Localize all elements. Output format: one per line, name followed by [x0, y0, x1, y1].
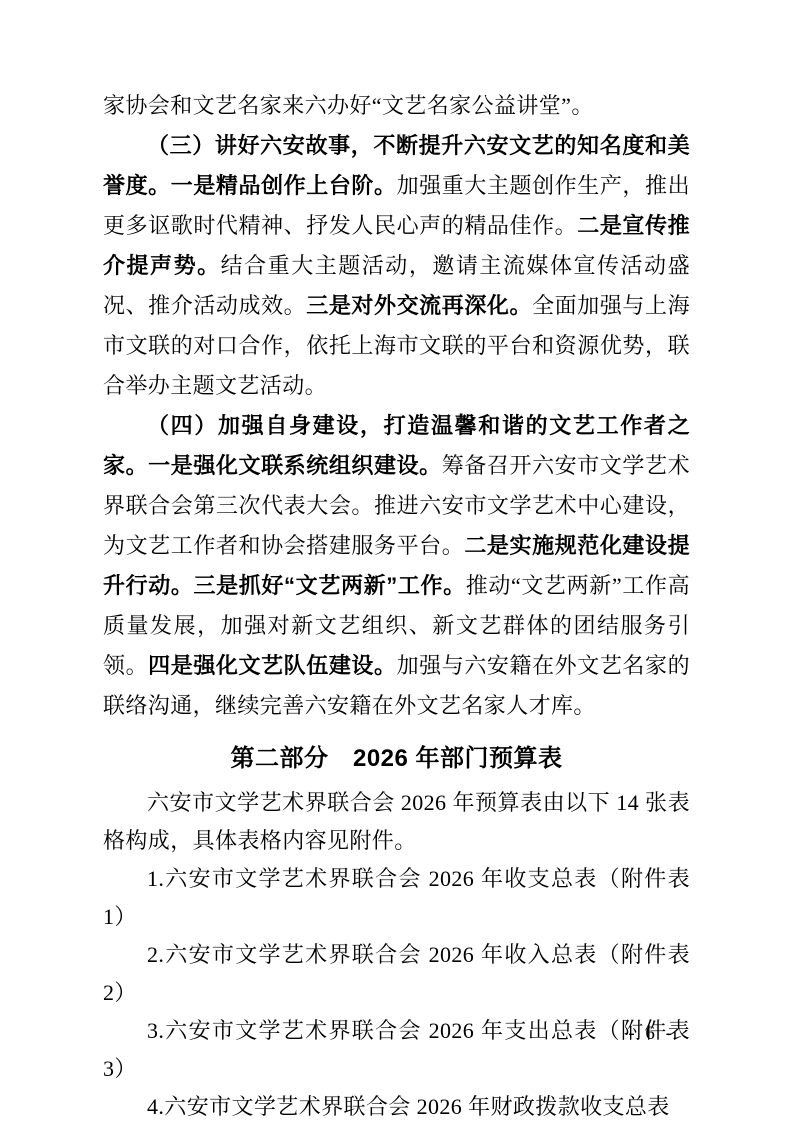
page-number: - 6 - [628, 1023, 675, 1045]
body-paragraph-continuation: 家协会和文艺名家来六办好“文艺名家公益讲堂”。 [103, 86, 690, 126]
budget-table-section: 六安市文学艺术界联合会 2026 年预算表由以下 14 张表格构成，具体表格内容… [103, 784, 690, 1122]
body-paragraph-section-4: （四）加强自身建设，打造温馨和谐的文艺工作者之家。一是强化文联系统组织建设。筹备… [103, 406, 690, 726]
emphasis-text: 四是强化文艺队伍建设。 [148, 653, 396, 678]
body-paragraph-section-3: （三）讲好六安故事，不断提升六安文艺的知名度和美誉度。一是精品创作上台阶。加强重… [103, 126, 690, 406]
emphasis-text: 三是对外交流再深化。 [306, 293, 532, 318]
section-heading: 第二部分 2026 年部门预算表 [103, 738, 690, 780]
table-list-item-1: 1.六安市文学艺术界联合会 2026 年收支总表（附件表 1） [103, 860, 690, 936]
intro-paragraph: 六安市文学艺术界联合会 2026 年预算表由以下 14 张表格构成，具体表格内容… [103, 784, 690, 860]
table-list-item-4: 4.六安市文学艺术界联合会 2026 年财政拨款收支总表 [103, 1088, 690, 1122]
table-list-item-3: 3.六安市文学艺术界联合会 2026 年支出总表（附件表 3） [103, 1012, 690, 1088]
document-page: 家协会和文艺名家来六办好“文艺名家公益讲堂”。 （三）讲好六安故事，不断提升六安… [0, 0, 793, 1122]
document-content: 家协会和文艺名家来六办好“文艺名家公益讲堂”。 （三）讲好六安故事，不断提升六安… [0, 0, 793, 1122]
body-text: 家协会和文艺名家来六办好“文艺名家公益讲堂”。 [103, 93, 594, 118]
table-list-item-2: 2.六安市文学艺术界联合会 2026 年收入总表（附件表 2） [103, 936, 690, 1012]
